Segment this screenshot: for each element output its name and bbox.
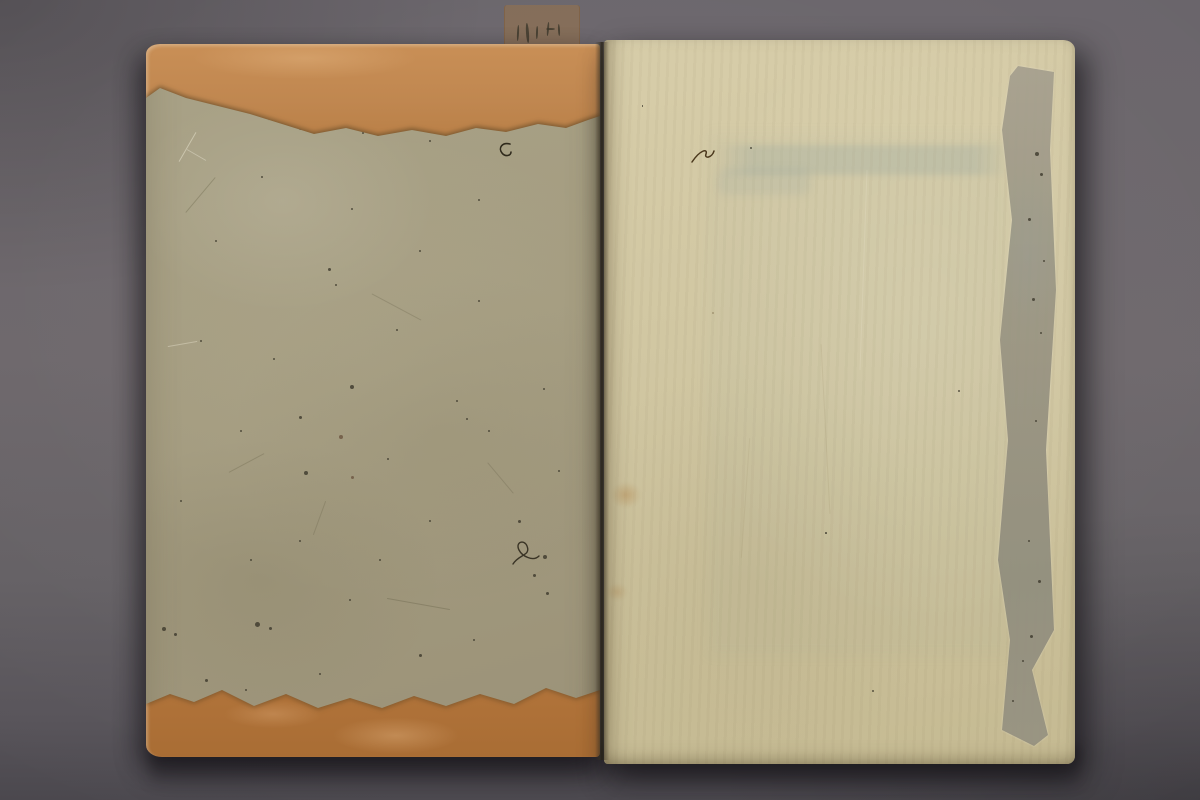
decor-dot (429, 140, 431, 142)
decor-dot (228, 453, 264, 473)
repair-patch-wrap (604, 40, 1075, 764)
decor-dot (273, 358, 275, 360)
decor-dot (456, 400, 458, 402)
decor-dot (362, 132, 364, 134)
decor-dot (536, 26, 538, 39)
left-endpaper-wrap (146, 44, 600, 757)
right-page (604, 40, 1075, 764)
repair-patch (604, 40, 1075, 764)
brown-stain (611, 482, 641, 508)
decor-dot (335, 284, 337, 286)
decor-dot (174, 633, 177, 636)
decor-dot (351, 476, 354, 479)
decor-dot (546, 592, 549, 595)
decor-dot (558, 470, 560, 472)
photo-scene (0, 0, 1200, 800)
decor-dot (240, 430, 242, 432)
decor-dot (546, 28, 555, 30)
decor-dot (205, 679, 208, 682)
decor-dot (429, 520, 431, 522)
decor-dot (312, 501, 325, 535)
decor-dot (533, 574, 536, 577)
decor-dot (419, 250, 421, 252)
decor-dot (261, 176, 263, 178)
decor-dot (304, 471, 308, 475)
archival-tab (504, 5, 580, 47)
decor-dot (186, 177, 216, 213)
decor-dot (269, 627, 272, 630)
decor-dot (339, 435, 343, 439)
decor-dot (543, 555, 547, 559)
decor-dot (350, 385, 354, 389)
decor-dot (419, 654, 422, 657)
decor-dot (200, 340, 202, 342)
decor-dot (547, 22, 550, 36)
left-page-fibers (146, 44, 600, 757)
decor-dot (379, 559, 381, 561)
decor-dot (488, 430, 490, 432)
decor-dot (187, 149, 207, 161)
decor-dot (245, 689, 247, 691)
decor-dot (255, 622, 260, 627)
decor-dot (299, 127, 302, 130)
decor-dot (478, 199, 480, 201)
left-endpaper (146, 44, 600, 757)
decor-dot (180, 500, 182, 502)
decor-dot (349, 599, 351, 601)
decor-dot (525, 23, 529, 43)
decor-dot (162, 627, 166, 631)
decor-dot (328, 268, 331, 271)
ink-curl-mark (496, 140, 516, 160)
decor-dot (351, 208, 353, 210)
decor-dot (473, 639, 475, 641)
decor-dot (516, 25, 519, 41)
decor-dot (487, 462, 513, 493)
left-page (146, 44, 600, 757)
decor-dot (168, 341, 198, 347)
decor-dot (558, 24, 561, 36)
decor-dot (466, 418, 468, 420)
decor-dot (387, 598, 450, 610)
decor-dot (299, 540, 301, 542)
decor-dot (319, 673, 321, 675)
decor-dot (387, 458, 389, 460)
decor-dot (268, 112, 297, 121)
decor-dot (371, 294, 421, 321)
decor-dot (543, 388, 545, 390)
decor-dot (478, 300, 480, 302)
decor-dot (250, 559, 252, 561)
decor-dot (518, 520, 521, 523)
tab-marks (505, 5, 579, 47)
left-page-speckles (146, 44, 600, 757)
decor-dot (299, 416, 302, 419)
fiber-tangle-mark (509, 536, 543, 568)
fiber-hair-mark (690, 146, 716, 166)
decor-dot (178, 132, 196, 162)
decor-dot (215, 240, 217, 242)
decor-dot (396, 329, 398, 331)
